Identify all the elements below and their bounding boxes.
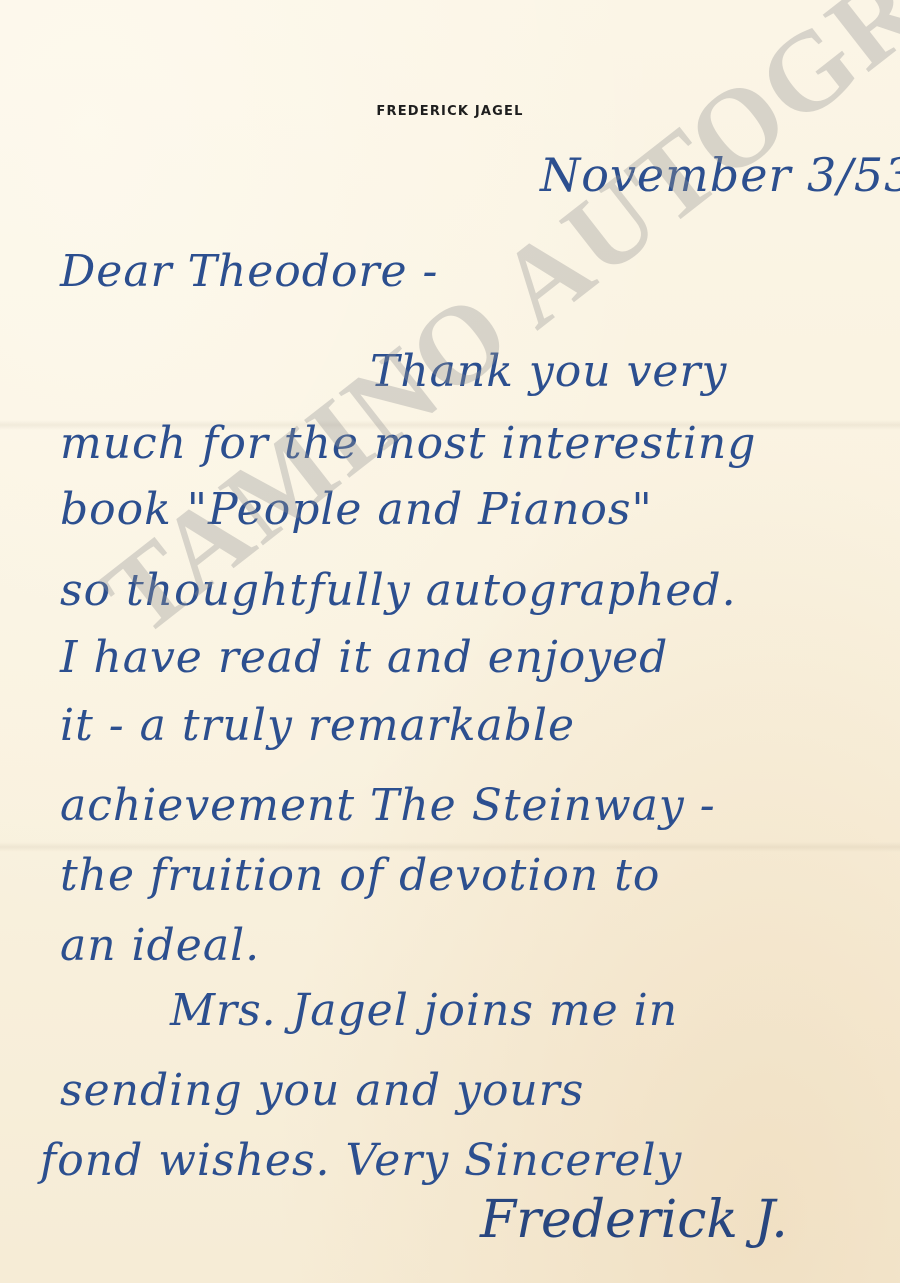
letterhead: FREDERICK JAGEL	[0, 104, 900, 119]
body-line: the fruition of devotion to	[60, 850, 660, 901]
body-line: so thoughtfully autographed.	[60, 565, 737, 616]
letter-date: November 3/53	[540, 148, 900, 202]
body-line: Mrs. Jagel joins me in	[170, 985, 678, 1036]
body-line: much for the most interesting	[60, 418, 756, 469]
body-line: sending you and yours	[60, 1065, 584, 1116]
body-line: I have read it and enjoyed	[60, 632, 668, 683]
body-line: Thank you very	[370, 346, 727, 397]
salutation: Dear Theodore -	[60, 246, 438, 297]
body-line: achievement The Steinway -	[60, 780, 716, 831]
body-line: book "People and Pianos"	[60, 484, 653, 535]
closing-line: fond wishes. Very Sincerely	[40, 1135, 682, 1186]
signature: Frederick J.	[480, 1190, 788, 1250]
body-line: an ideal.	[60, 920, 260, 971]
body-line: it - a truly remarkable	[60, 700, 575, 751]
